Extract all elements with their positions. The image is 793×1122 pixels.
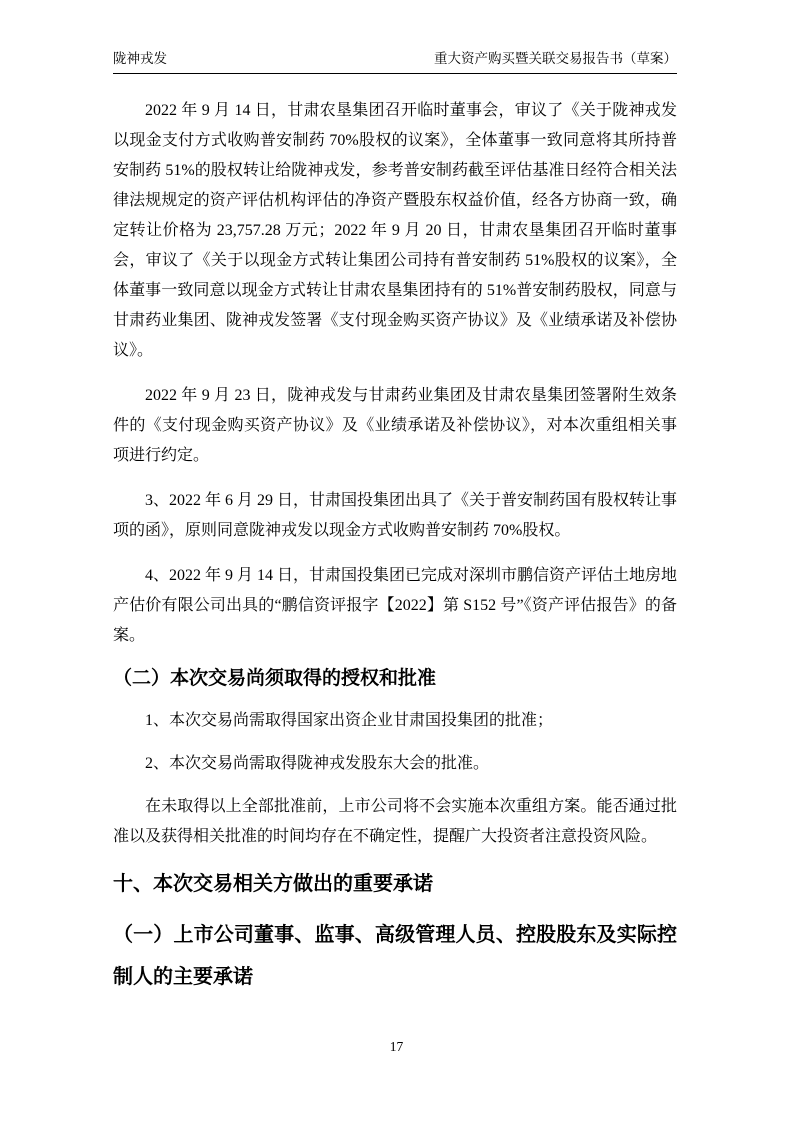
page-number: 17 bbox=[390, 1039, 404, 1054]
chapter-heading-commitments: 十、本次交易相关方做出的重要承诺 bbox=[113, 870, 677, 898]
header-report-title: 重大资产购买暨关联交易报告书（草案） bbox=[434, 50, 677, 68]
page-content: 2022 年 9 月 14 日，甘肃农垦集团召开临时董事会，审议了《关于陇神戎发… bbox=[113, 96, 677, 998]
paragraph-risk-note: 在未取得以上全部批准前，上市公司将不会实施本次重组方案。能否通过批准以及获得相关… bbox=[113, 792, 677, 852]
page-header: 陇神戎发 重大资产购买暨关联交易报告书（草案） bbox=[113, 50, 677, 74]
approval-item-2: 2、本次交易尚需取得陇神戎发股东大会的批准。 bbox=[113, 749, 677, 779]
paragraph-board-meeting: 2022 年 9 月 14 日，甘肃农垦集团召开临时董事会，审议了《关于陇神戎发… bbox=[113, 96, 677, 366]
paragraph-agreement-signing: 2022 年 9 月 23 日，陇神戎发与甘肃药业集团及甘肃农垦集团签署附生效条… bbox=[113, 381, 677, 471]
header-company-name: 陇神戎发 bbox=[113, 50, 167, 68]
page-footer: 17 bbox=[0, 1038, 793, 1056]
document-page: 陇神戎发 重大资产购买暨关联交易报告书（草案） 2022 年 9 月 14 日，… bbox=[0, 0, 793, 1122]
paragraph-item-4: 4、2022 年 9 月 14 日，甘肃国投集团已完成对深圳市鹏信资产评估土地房… bbox=[113, 561, 677, 651]
paragraph-item-3: 3、2022 年 6 月 29 日，甘肃国投集团出具了《关于普安制药国有股权转让… bbox=[113, 486, 677, 546]
section-heading-authorizations: （二）本次交易尚须取得的授权和批准 bbox=[113, 666, 677, 692]
section-heading-major-commitments: （一）上市公司董事、监事、高级管理人员、控股股东及实际控制人的主要承诺 bbox=[113, 914, 677, 998]
approval-item-1: 1、本次交易尚需取得国家出资企业甘肃国投集团的批准； bbox=[113, 706, 677, 736]
